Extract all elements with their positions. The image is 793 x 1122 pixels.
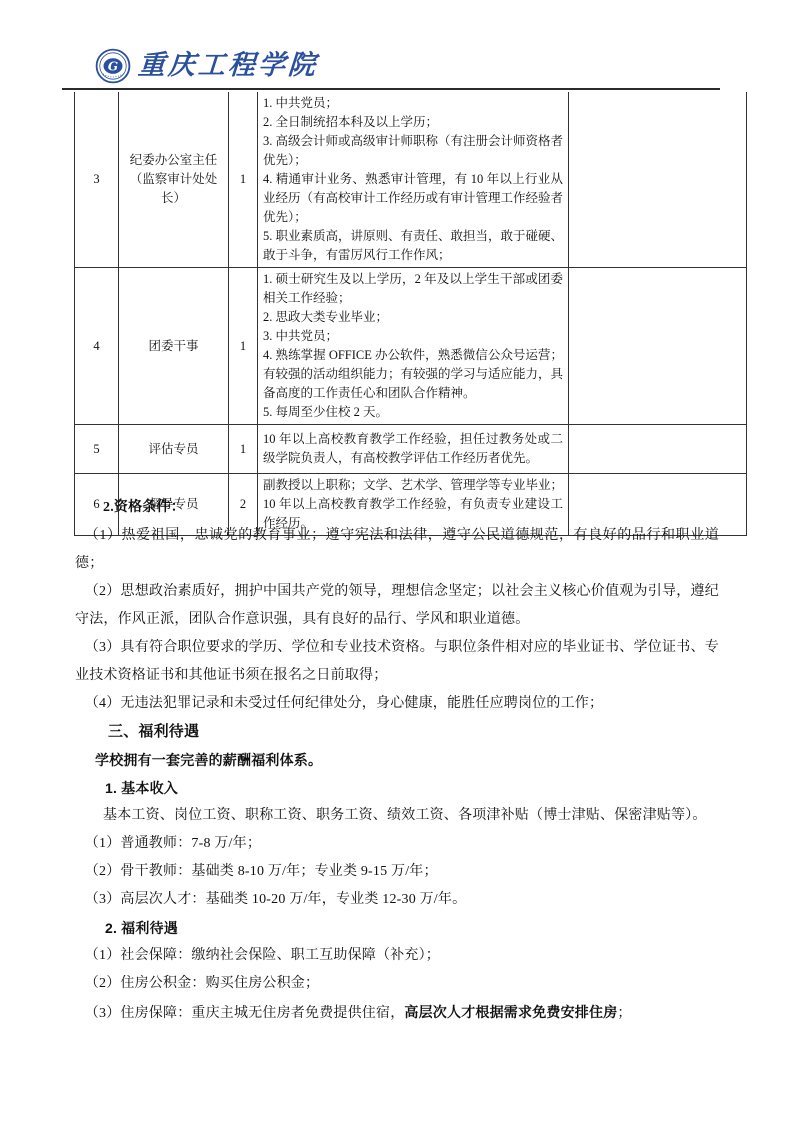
university-emblem-icon: G: [95, 48, 131, 84]
qualification-item: （2）思想政治素质好，拥护中国共产党的领导，理想信念坚定；以社会主义核心价值观为…: [75, 578, 719, 634]
header-divider: [62, 88, 720, 90]
income-item: （2）骨干教师：基础类 8-10 万/年；专业类 9-15 万/年；: [75, 858, 719, 886]
requirements-cell: 1. 硕士研究生及以上学历，2 年及以上学生干部或团委相关工作经验； 2. 思政…: [258, 268, 569, 425]
qualification-item: （4）无违法犯罪记录和未受过任何纪律处分，身心健康，能胜任应聘岗位的工作；: [75, 690, 719, 718]
document-page: G 重庆工程学院 3 纪委办公室主任 （监察审计处处 长） 1 1. 中共党员；…: [0, 0, 793, 1122]
school-logo: G 重庆工程学院: [95, 48, 318, 84]
qualifications-heading: 2.资格条件：: [75, 494, 719, 522]
income-item: （3）高层次人才：基础类 10-20 万/年，专业类 12-30 万/年。: [75, 886, 719, 914]
svg-text:G: G: [108, 60, 118, 74]
row-number-cell: 5: [75, 425, 119, 474]
table-row: 3 纪委办公室主任 （监察审计处处 长） 1 1. 中共党员； 2. 全日制统招…: [75, 92, 747, 268]
income-description: 基本工资、岗位工资、职称工资、职务工资、绩效工资、各项津补贴（博士津贴、保密津贴…: [75, 802, 719, 830]
welfare-section-heading: 三、福利待遇: [75, 718, 719, 746]
note-cell: [569, 268, 747, 425]
row-number-cell: 4: [75, 268, 119, 425]
headcount-cell: 1: [229, 425, 258, 474]
table-row: 4 团委干事 1 1. 硕士研究生及以上学历，2 年及以上学生干部或团委相关工作…: [75, 268, 747, 425]
position-title-cell: 纪委办公室主任 （监察审计处处 长）: [119, 92, 229, 268]
housing-tail: ；: [617, 1006, 631, 1021]
note-cell: [569, 92, 747, 268]
qualification-item: （3）具有符合职位要求的学历、学位和专业技术资格。与职位条件相对应的毕业证书、学…: [75, 634, 719, 690]
housing-text: （3）住房保障：重庆主城无住房者免费提供住宿，: [85, 1006, 405, 1021]
position-title-cell: 团委干事: [119, 268, 229, 425]
positions-table: 3 纪委办公室主任 （监察审计处处 长） 1 1. 中共党员； 2. 全日制统招…: [74, 92, 747, 536]
document-body: 2.资格条件： （1）热爱祖国，忠诚党的教育事业；遵守宪法和法律，遵守公民道德规…: [75, 494, 719, 1028]
table-row: 5 评估专员 1 10 年以上高校教育教学工作经验，担任过教务处或二级学院负责人…: [75, 425, 747, 474]
benefit-item: （2）住房公积金：购买住房公积金；: [75, 970, 719, 998]
income-item: （1）普通教师：7-8 万/年；: [75, 830, 719, 858]
benefit-item: （1）社会保障：缴纳社会保险、职工互助保障（补充）；: [75, 942, 719, 970]
note-cell: [569, 425, 747, 474]
requirements-cell: 10 年以上高校教育教学工作经验，担任过教务处或二级学院负责人，有高校教学评估工…: [258, 425, 569, 474]
headcount-cell: 1: [229, 268, 258, 425]
position-title-cell: 评估专员: [119, 425, 229, 474]
headcount-cell: 1: [229, 92, 258, 268]
requirements-cell: 1. 中共党员； 2. 全日制统招本科及以上学历； 3. 高级会计师或高级审计师…: [258, 92, 569, 268]
qualification-item: （1）热爱祖国，忠诚党的教育事业；遵守宪法和法律，遵守公民道德规范，有良好的品行…: [75, 522, 719, 578]
welfare-intro: 学校拥有一套完善的薪酬福利体系。: [75, 746, 719, 774]
school-name-logotype: 重庆工程学院: [137, 48, 320, 84]
housing-highlight-text: 高层次人才根据需求免费安排住房: [404, 1004, 617, 1020]
benefits-heading: 2. 福利待遇: [75, 914, 719, 942]
income-heading: 1. 基本收入: [75, 774, 719, 802]
benefit-item-housing: （3）住房保障：重庆主城无住房者免费提供住宿，高层次人才根据需求免费安排住房；: [75, 998, 719, 1028]
row-number-cell: 3: [75, 92, 119, 268]
